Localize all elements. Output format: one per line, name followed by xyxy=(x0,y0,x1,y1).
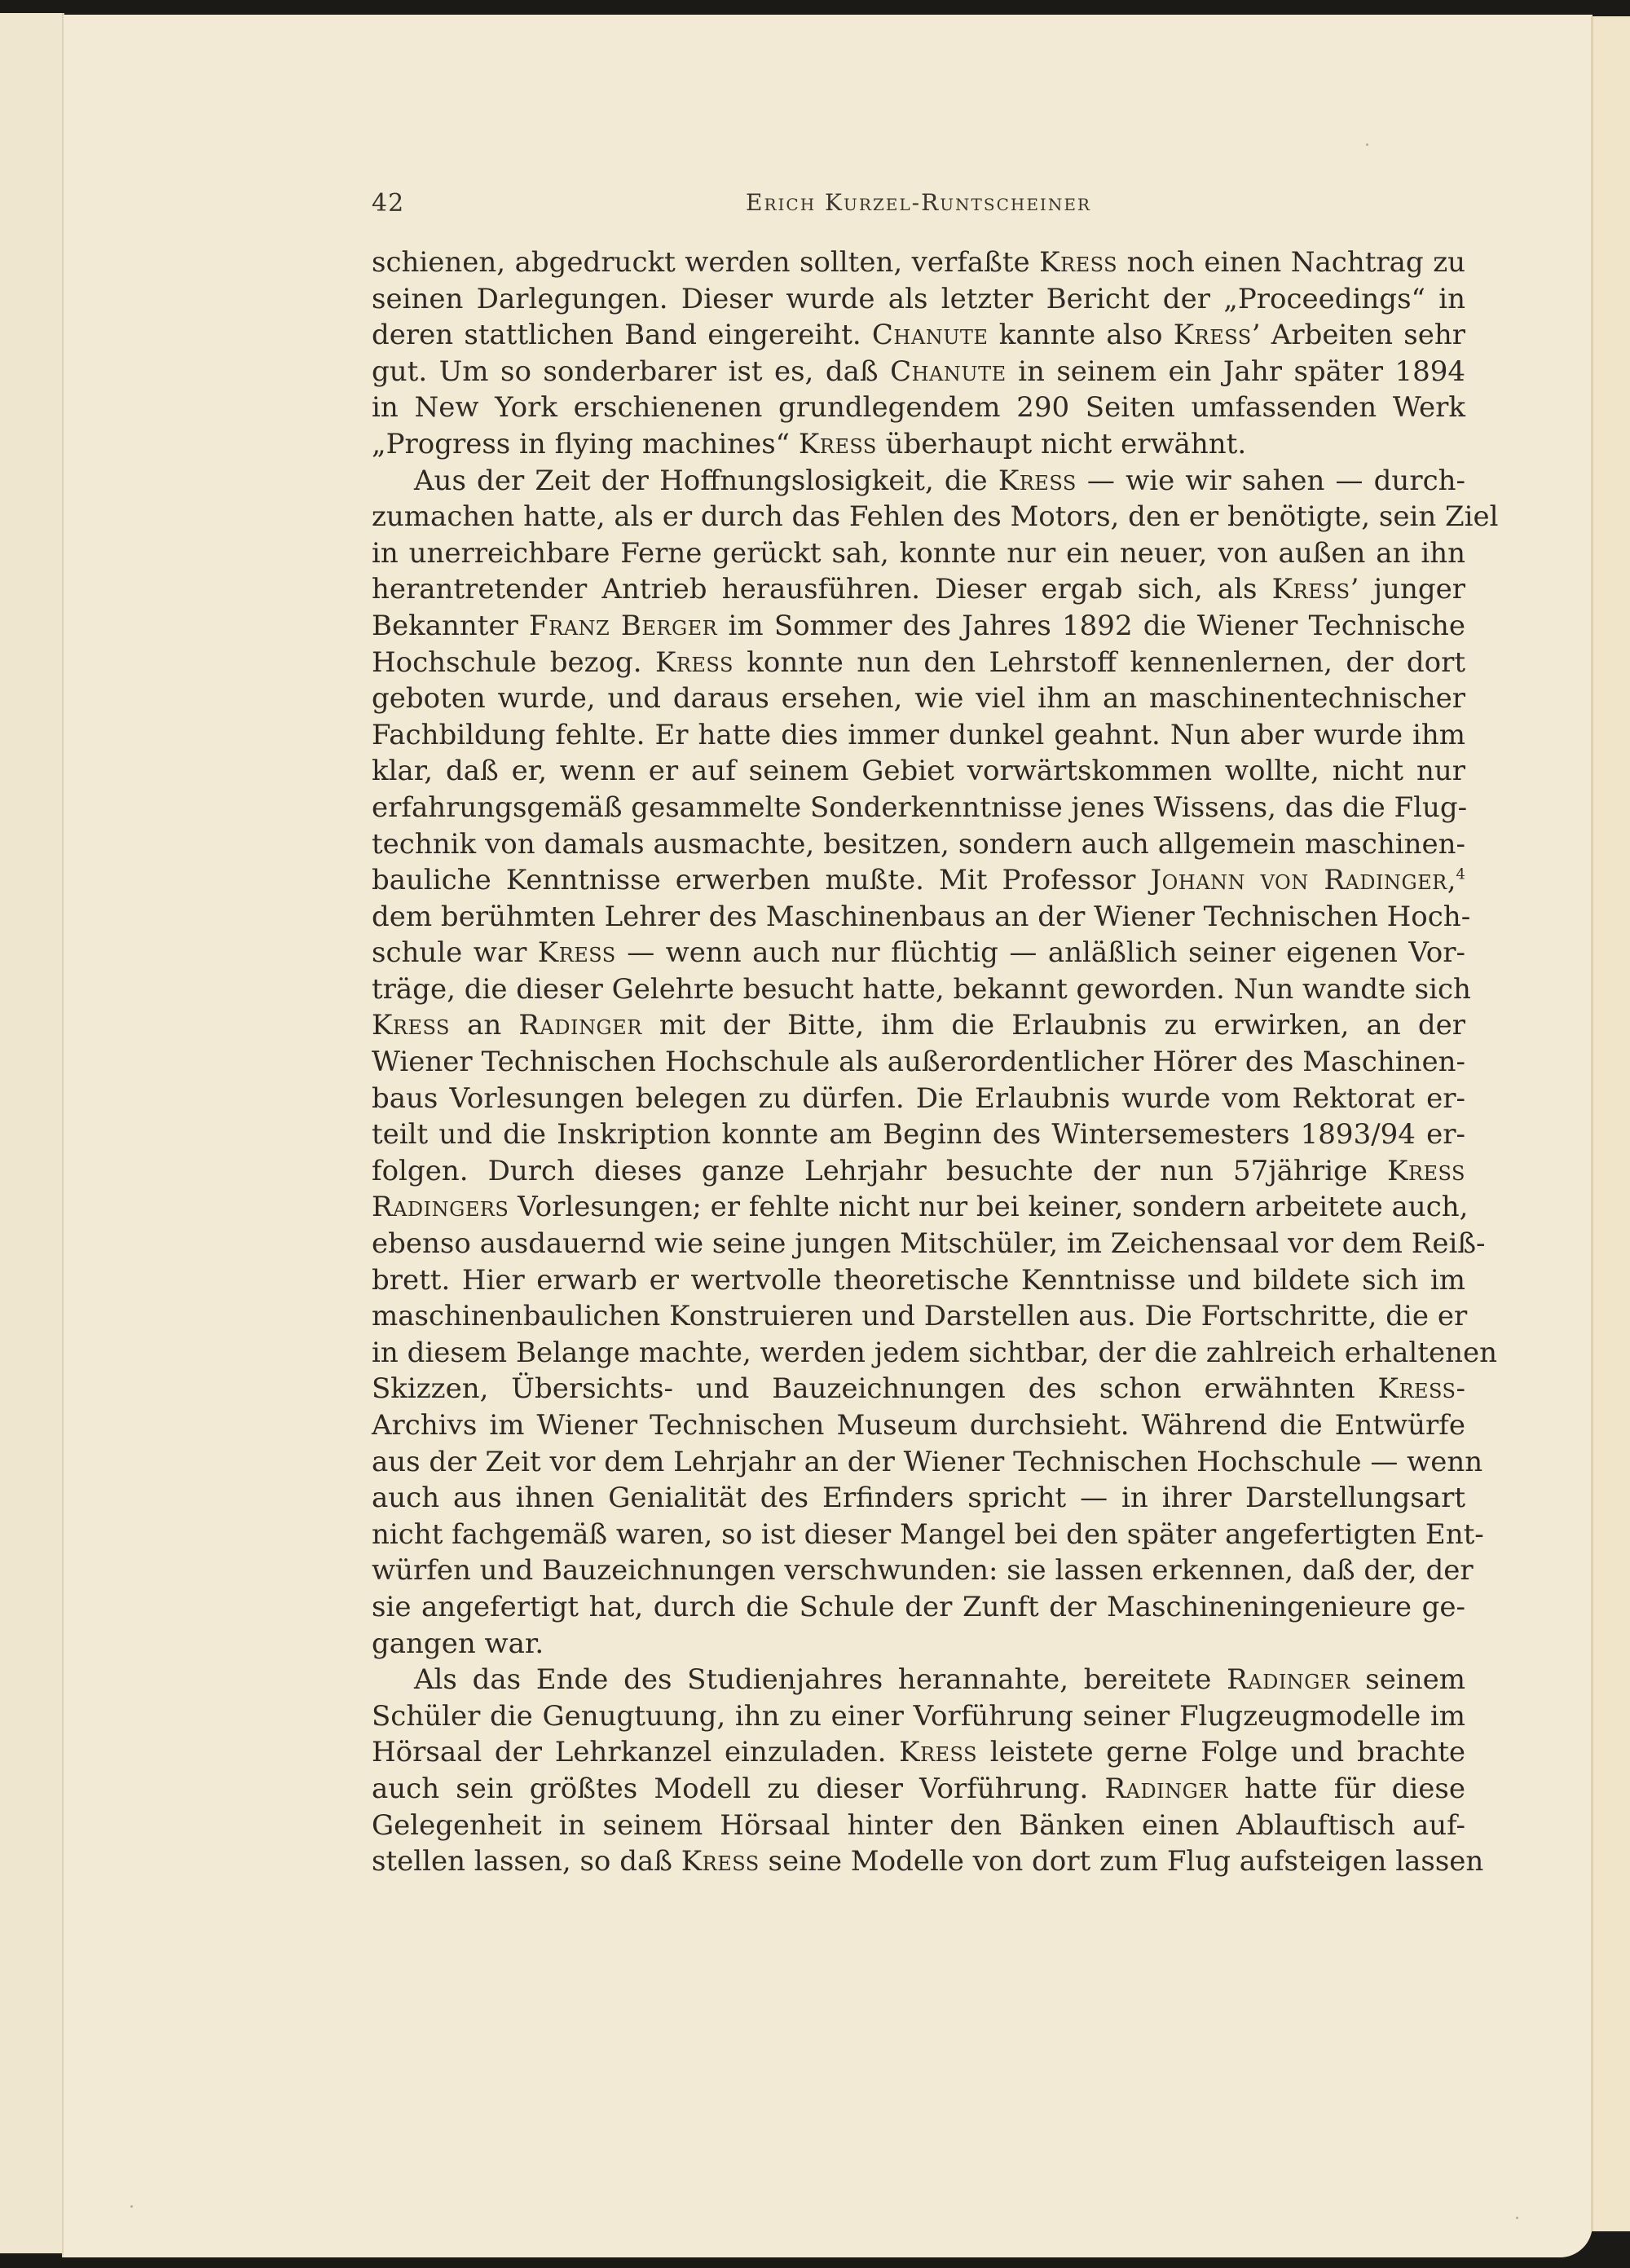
text-line: bauliche Kenntnisse erwerben mußte. Mit … xyxy=(372,862,1465,899)
person-name: Kress xyxy=(1039,246,1117,279)
person-name: Johann von Radinger xyxy=(1150,864,1447,896)
text-line: nicht fachgemäß waren, so ist dieser Man… xyxy=(372,1517,1465,1553)
person-name: Kress xyxy=(998,465,1077,497)
text-line: klar, daß er, wenn er auf seinem Gebiet … xyxy=(372,753,1465,790)
paper-speck xyxy=(130,2205,133,2208)
person-name: Radinger xyxy=(518,1009,641,1042)
person-name: Kress xyxy=(681,1845,760,1878)
person-name: Kress xyxy=(1272,573,1350,606)
text-line: Als das Ende des Studienjahres herannaht… xyxy=(372,1662,1465,1698)
text-line: Gelegenheit in seinem Hörsaal hinter den… xyxy=(372,1808,1465,1844)
text-line: gangen war. xyxy=(372,1626,1465,1662)
text-line: Archivs im Wiener Technischen Museum dur… xyxy=(372,1407,1465,1444)
paper-speck xyxy=(1366,143,1368,146)
text-line: erfahrungsgemäß gesammelte Sonderkenntni… xyxy=(372,790,1465,826)
person-name: Chanute xyxy=(890,355,1007,388)
person-name: Radinger xyxy=(1227,1663,1350,1696)
text-line: technik von damals ausmachte, besitzen, … xyxy=(372,826,1465,863)
text-line: auch sein größtes Modell zu dieser Vorfü… xyxy=(372,1771,1465,1808)
text-line: geboten wurde, und daraus ersehen, wie v… xyxy=(372,680,1465,717)
running-title: Erich Kurzel-Runtscheiner xyxy=(372,189,1465,216)
text-line: aus der Zeit vor dem Lehrjahr an der Wie… xyxy=(372,1444,1465,1481)
text-line: baus Vorlesungen belegen zu dürfen. Die … xyxy=(372,1081,1465,1117)
person-name: Kress xyxy=(372,1009,450,1042)
text-line: deren stattlichen Band eingereiht. Chanu… xyxy=(372,317,1465,354)
text-line: zumachen hatte, als er durch das Fehlen … xyxy=(372,499,1465,535)
facing-page-edge xyxy=(1591,16,1630,2231)
person-name: Radinger xyxy=(1104,1773,1227,1805)
text-line: ebenso ausdauernd wie seine jungen Mitsc… xyxy=(372,1226,1465,1262)
text-line: dem berühmten Lehrer des Maschinenbaus a… xyxy=(372,899,1465,936)
text-line: Hörsaal der Lehrkanzel einzuladen. Kress… xyxy=(372,1734,1465,1771)
person-name: Kress xyxy=(1387,1155,1465,1187)
text-line: Aus der Zeit der Hoffnungslosigkeit, die… xyxy=(372,463,1465,500)
text-line: folgen. Durch dieses ganze Lehrjahr besu… xyxy=(372,1153,1465,1190)
text-line: seinen Darlegungen. Dieser wurde als let… xyxy=(372,281,1465,318)
person-name: Kress xyxy=(655,646,733,679)
person-name: Radingers xyxy=(372,1191,509,1223)
body-text: schienen, abgedruckt werden sollten, ver… xyxy=(372,244,1465,1880)
text-line: Schüler die Genugtuung, ihn zu einer Vor… xyxy=(372,1698,1465,1735)
text-line: teilt und die Inskription konnte am Begi… xyxy=(372,1116,1465,1153)
paragraph: Als das Ende des Studienjahres herannaht… xyxy=(372,1662,1465,1880)
person-name: Kress xyxy=(1378,1372,1456,1405)
text-line: „Progress in flying machines“ Kress über… xyxy=(372,426,1465,463)
text-line: Fachbildung fehlte. Er hatte dies immer … xyxy=(372,717,1465,754)
page-stack-edge-3 xyxy=(37,13,64,2253)
text-line: Skizzen, Übersichts- und Bauzeichnungen … xyxy=(372,1371,1465,1407)
text-line: gut. Um so sonderbarer ist es, daß Chanu… xyxy=(372,354,1465,390)
text-line: Bekannter Franz Berger im Sommer des Jah… xyxy=(372,608,1465,645)
footnote-marker: 4 xyxy=(1456,866,1465,883)
text-line: Radingers Vorlesungen; er fehlte nicht n… xyxy=(372,1189,1465,1226)
person-name: Kress xyxy=(538,936,616,969)
text-line: Kress an Radinger mit der Bitte, ihm die… xyxy=(372,1007,1465,1044)
text-line: in unerreichbare Ferne gerückt sah, konn… xyxy=(372,535,1465,572)
person-name: Kress xyxy=(799,428,877,460)
text-line: in diesem Belange machte, werden jedem s… xyxy=(372,1335,1465,1372)
text-line: schienen, abgedruckt werden sollten, ver… xyxy=(372,244,1465,281)
person-name: Chanute xyxy=(872,319,989,351)
person-name: Kress xyxy=(899,1736,977,1768)
text-line: Hochschule bezog. Kress konnte nun den L… xyxy=(372,645,1465,681)
page-stack-edge-2 xyxy=(18,13,40,2253)
text-line: würfen und Bauzeichnungen verschwunden: … xyxy=(372,1552,1465,1589)
running-header: 42 Erich Kurzel-Runtscheiner xyxy=(372,189,1465,222)
text-line: auch aus ihnen Genialität des Erfinders … xyxy=(372,1480,1465,1517)
text-line: schule war Kress — wenn auch nur flüchti… xyxy=(372,935,1465,971)
text-line: maschinenbaulichen Konstruieren und Dars… xyxy=(372,1298,1465,1335)
text-line: träge, die dieser Gelehrte besucht hatte… xyxy=(372,971,1465,1008)
text-line: sie angefertigt hat, durch die Schule de… xyxy=(372,1589,1465,1626)
paragraph: Aus der Zeit der Hoffnungslosigkeit, die… xyxy=(372,463,1465,1662)
paragraph: schienen, abgedruckt werden sollten, ver… xyxy=(372,244,1465,463)
paper-speck xyxy=(1516,2217,1518,2219)
text-line: stellen lassen, so daß Kress seine Model… xyxy=(372,1843,1465,1880)
person-name: Franz Berger xyxy=(529,610,717,642)
text-line: in New York erschienenen grundlegendem 2… xyxy=(372,390,1465,426)
text-line: herantretender Antrieb herausführen. Die… xyxy=(372,571,1465,608)
text-line: brett. Hier erwarb er wertvolle theoreti… xyxy=(372,1262,1465,1299)
person-name: Kress xyxy=(1174,319,1252,351)
text-line: Wiener Technischen Hochschule als außero… xyxy=(372,1044,1465,1081)
